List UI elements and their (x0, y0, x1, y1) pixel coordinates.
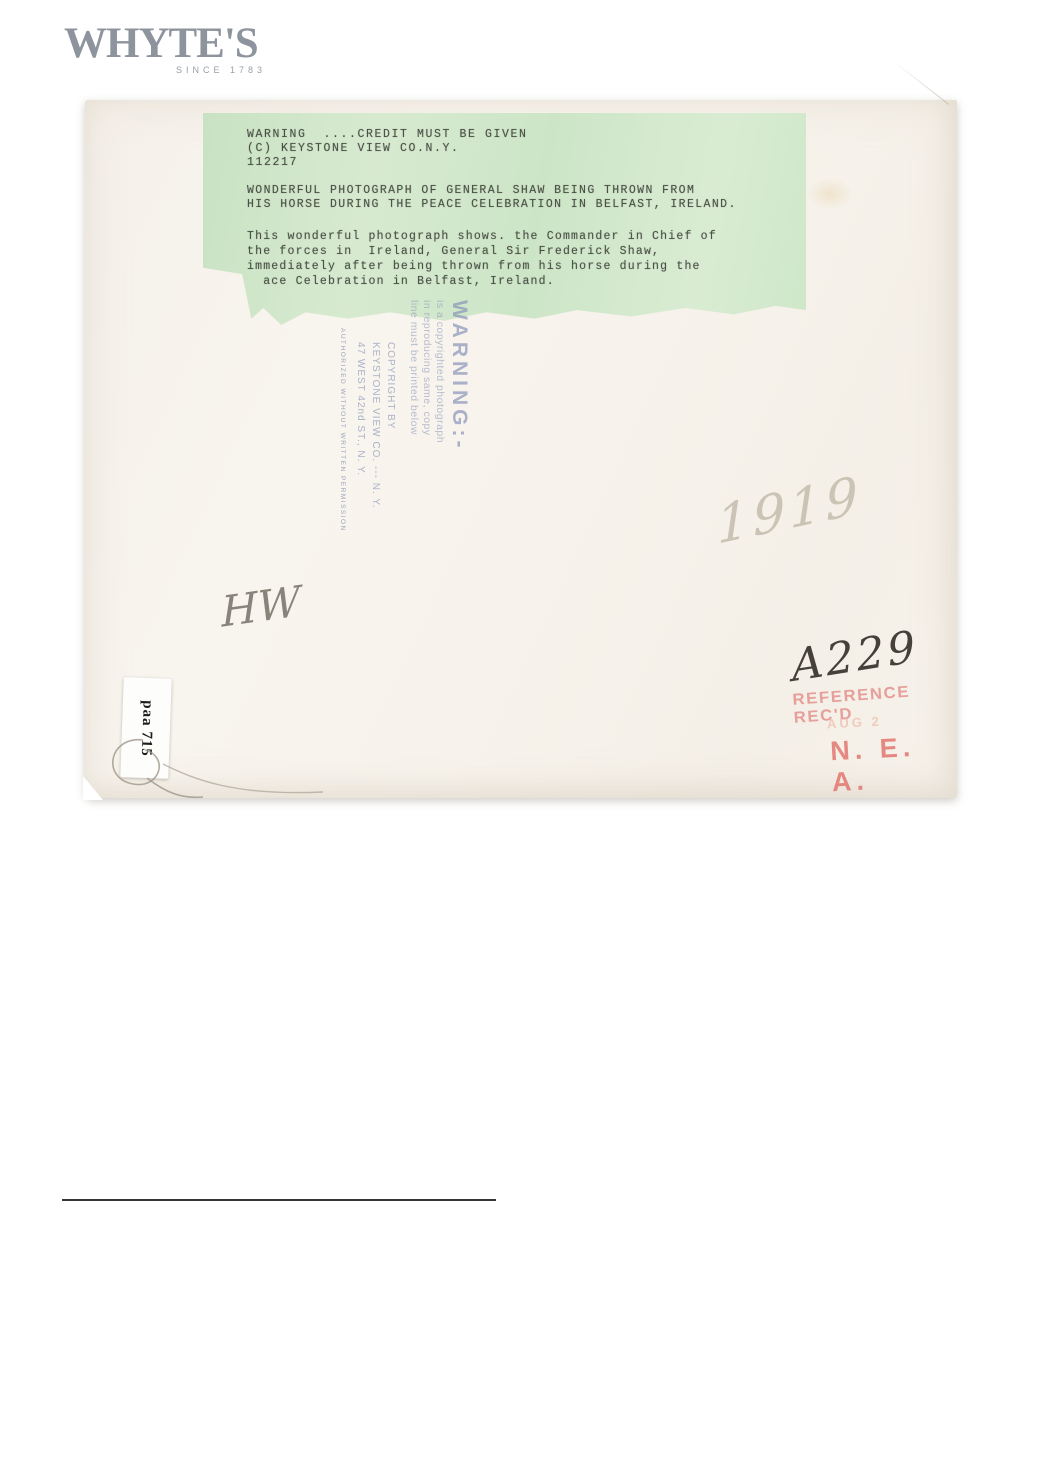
stamp-warning-title: WARNING:- (449, 300, 470, 560)
corner-fold (83, 776, 103, 800)
whytes-logo: WHYTE'S SINCE 1783 (64, 22, 266, 80)
caption-block: This wonderful photograph shows. the Com… (247, 230, 717, 290)
logo-brand: WHYTE'S (64, 22, 266, 65)
nea-agency-stamp: N. E. A. (829, 730, 958, 799)
tag-string (85, 700, 335, 810)
headline-block: WONDERFUL PHOTOGRAPH OF GENERAL SHAW BEI… (247, 184, 737, 212)
handwritten-initials: HW (221, 580, 301, 633)
stamp-copyright-lines: COPYRIGHT BYKEYSTONE VIEW CO. --- N. Y.4… (353, 342, 398, 560)
stain-spot (807, 178, 853, 210)
handwritten-catalog-number: A229 (790, 625, 920, 689)
typed-caption-label: WARNING ....CREDIT MUST BE GIVEN(C) KEYS… (203, 113, 806, 325)
crease-mark (893, 61, 949, 105)
photo-verso: WARNING ....CREDIT MUST BE GIVEN(C) KEYS… (85, 100, 957, 798)
divider-line (62, 1199, 496, 1201)
page: WHYTE'S SINCE 1783 WARNING ....CREDIT MU… (0, 0, 1040, 1471)
credit-block: WARNING ....CREDIT MUST BE GIVEN(C) KEYS… (247, 128, 528, 170)
handwritten-year: 1919 (716, 469, 863, 553)
date-received-stamp: AUG 2 (827, 714, 882, 732)
stamp-side-note: AUTHORIZED WITHOUT WRITTEN PERMISSION (339, 328, 346, 560)
copyright-warning-stamp: WARNING:- is a copyrighted photographin … (280, 300, 470, 560)
logo-tagline: SINCE 1783 (176, 65, 266, 75)
stamp-body-lines: is a copyrighted photographin reproducin… (407, 300, 446, 560)
